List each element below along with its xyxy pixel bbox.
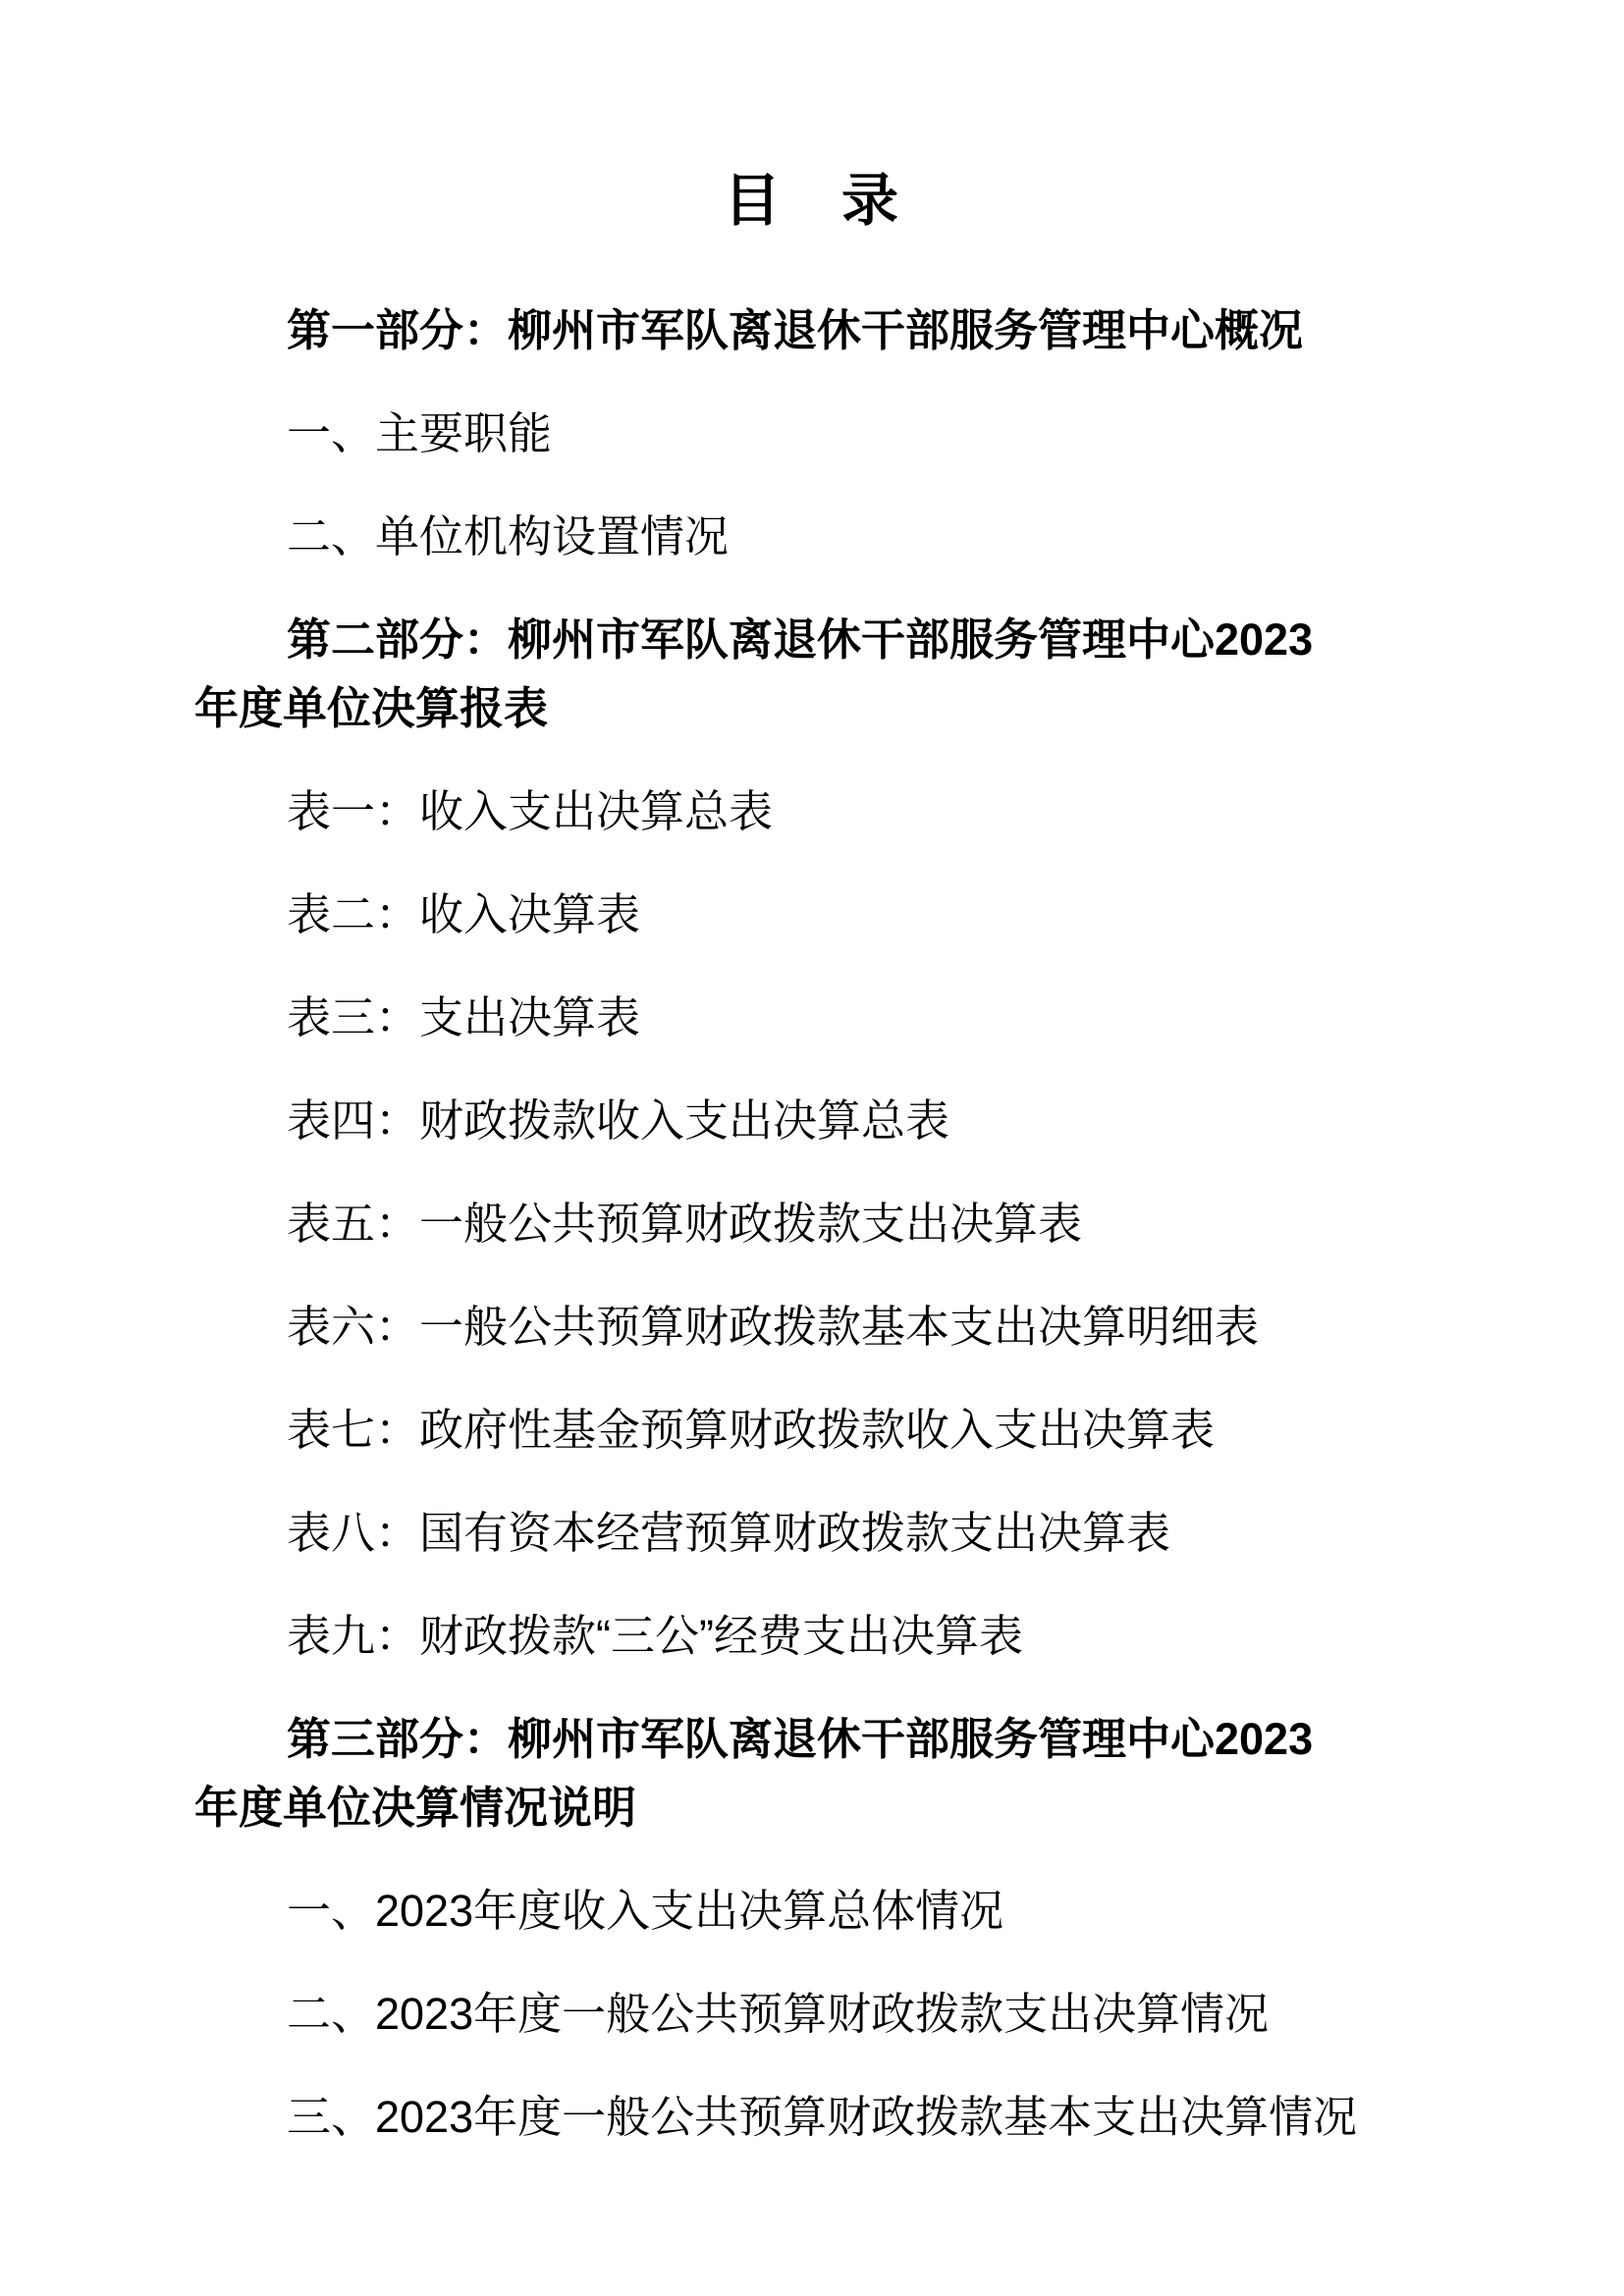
- toc-entry-part2-heading: 第二部分：柳州市军队离退休干部服务管理中心2023 年度单位决算报表: [194, 606, 1349, 743]
- document-page: 目 录 第一部分：柳州市军队离退休干部服务管理中心概况 一、主要职能 二、单位机…: [0, 0, 1624, 2296]
- toc-entry-line: 一、2023年度收入支出决算总体情况: [194, 1877, 1349, 1946]
- toc-entry-table6: 表六：一般公共预算财政拨款基本支出决算明细表: [194, 1293, 1349, 1362]
- toc-entry-part1-item1: 一、主要职能: [194, 400, 1349, 468]
- toc-entry-line: 表八：国有资本经营预算财政拨款支出决算表: [194, 1499, 1349, 1568]
- toc-entry-part1-heading: 第一部分：柳州市军队离退休干部服务管理中心概况: [194, 296, 1349, 365]
- toc-entry-line: 表二：收入决算表: [194, 881, 1349, 949]
- toc-entry-line: 表四：财政拨款收入支出决算总表: [194, 1087, 1349, 1155]
- toc-entry-table9: 表九：财政拨款“三公”经费支出决算表: [194, 1602, 1349, 1671]
- toc-entry-line: 二、2023年度一般公共预算财政拨款支出决算情况: [194, 1980, 1349, 2049]
- toc-entry-part3-item3: 三、2023年度一般公共预算财政拨款基本支出决算情况: [194, 2083, 1349, 2152]
- toc-entry-part3-heading: 第三部分：柳州市军队离退休干部服务管理中心2023 年度单位决算情况说明: [194, 1705, 1349, 1842]
- toc-entry-line: 一、主要职能: [194, 400, 1349, 468]
- toc-entry-line: 年度单位决算报表: [194, 674, 1349, 743]
- toc-entry-line: 表七：政府性基金预算财政拨款收入支出决算表: [194, 1396, 1349, 1465]
- toc-entry-line: 三、2023年度一般公共预算财政拨款基本支出决算情况: [194, 2083, 1349, 2152]
- toc-entry-table1: 表一：收入支出决算总表: [194, 777, 1349, 846]
- toc-entry-table3: 表三：支出决算表: [194, 984, 1349, 1052]
- toc-entry-part1-item2: 二、单位机构设置情况: [194, 503, 1349, 571]
- toc-list: 第一部分：柳州市军队离退休干部服务管理中心概况 一、主要职能 二、单位机构设置情…: [0, 296, 1624, 2152]
- toc-entry-line: 表一：收入支出决算总表: [194, 777, 1349, 846]
- toc-entry-line: 第三部分：柳州市军队离退休干部服务管理中心2023: [194, 1705, 1349, 1774]
- toc-entry-line: 表五：一般公共预算财政拨款支出决算表: [194, 1190, 1349, 1258]
- toc-entry-table2: 表二：收入决算表: [194, 881, 1349, 949]
- toc-entry-table8: 表八：国有资本经营预算财政拨款支出决算表: [194, 1499, 1349, 1568]
- toc-entry-line: 表三：支出决算表: [194, 984, 1349, 1052]
- toc-entry-line: 表六：一般公共预算财政拨款基本支出决算明细表: [194, 1293, 1349, 1362]
- toc-entry-line: 年度单位决算情况说明: [194, 1774, 1349, 1842]
- toc-entry-table4: 表四：财政拨款收入支出决算总表: [194, 1087, 1349, 1155]
- toc-entry-part3-item2: 二、2023年度一般公共预算财政拨款支出决算情况: [194, 1980, 1349, 2049]
- toc-entry-part3-item1: 一、2023年度收入支出决算总体情况: [194, 1877, 1349, 1946]
- page-title: 目 录: [0, 161, 1624, 241]
- toc-entry-table5: 表五：一般公共预算财政拨款支出决算表: [194, 1190, 1349, 1258]
- toc-entry-line: 二、单位机构设置情况: [194, 503, 1349, 571]
- toc-entry-line: 表九：财政拨款“三公”经费支出决算表: [194, 1602, 1349, 1671]
- toc-entry-line: 第一部分：柳州市军队离退休干部服务管理中心概况: [194, 296, 1349, 365]
- toc-entry-table7: 表七：政府性基金预算财政拨款收入支出决算表: [194, 1396, 1349, 1465]
- toc-entry-line: 第二部分：柳州市军队离退休干部服务管理中心2023: [194, 606, 1349, 674]
